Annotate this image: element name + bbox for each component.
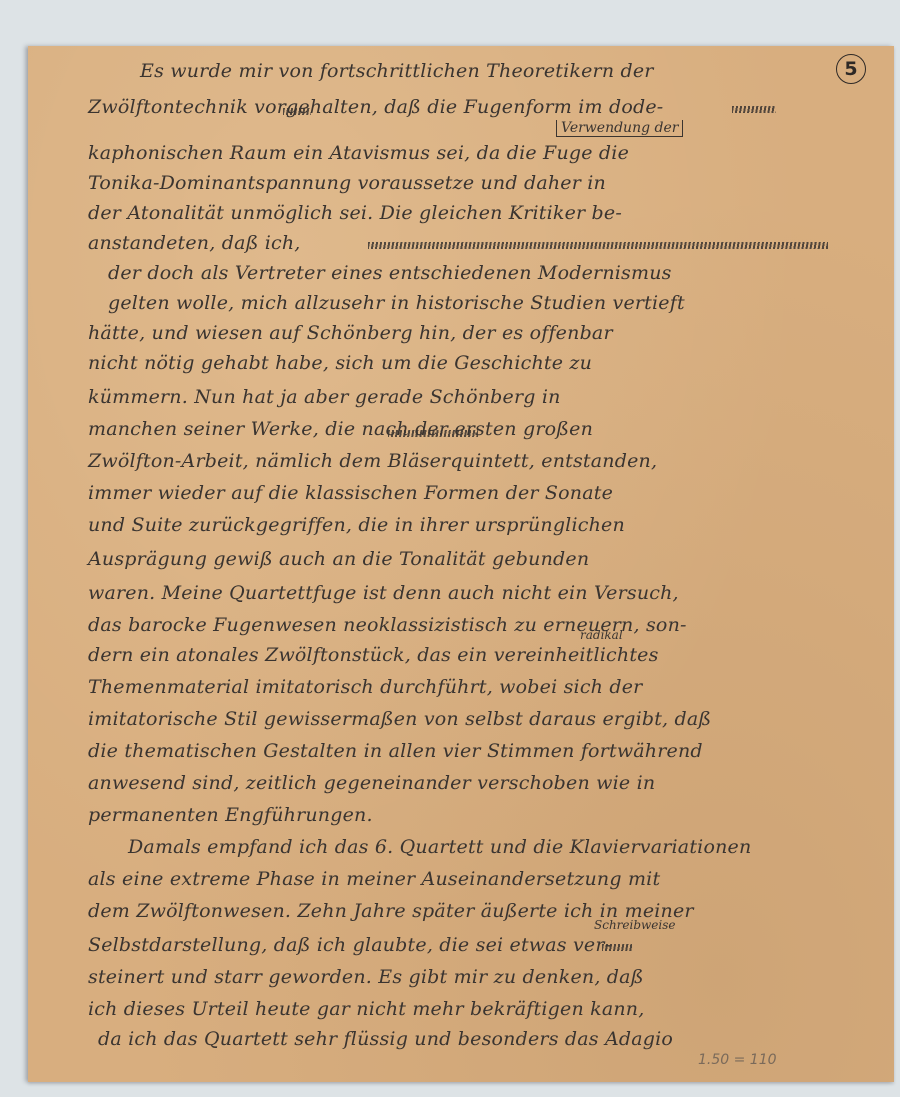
insertion-radikal: radikal — [580, 628, 623, 642]
text-line-26: als eine extreme Phase in meiner Auseina… — [88, 868, 660, 890]
text-line-29: steinert und starr geworden. Es gibt mir… — [88, 966, 644, 988]
insertion-schreibweise: Schreibweise — [594, 918, 676, 932]
text-line-5: der Atonalität unmöglich sei. Die gleich… — [88, 202, 622, 224]
text-line-1: Es wurde mir von fortschrittlichen Theor… — [140, 60, 654, 82]
pencil-note: 1.50 = 110 — [698, 1052, 777, 1068]
text-line-12: manchen seiner Werke, die nach der erste… — [88, 418, 593, 440]
text-line-28: Selbstdarstellung, daß ich glaubte, die … — [88, 934, 611, 956]
text-line-19: dern ein atonales Zwölftonstück, das ein… — [88, 644, 659, 666]
text-line-23: anwesend sind, zeitlich gegeneinander ve… — [88, 772, 655, 794]
strikethrough-mark — [602, 944, 632, 951]
text-line-15: und Suite zurückgegriffen, die in ihrer … — [88, 514, 625, 536]
text-line-25: Damals empfand ich das 6. Quartett und d… — [128, 836, 751, 858]
text-line-10: nicht nötig gehabt habe, sich um die Ges… — [88, 352, 592, 374]
text-line-21: imitatorische Stil gewissermaßen von sel… — [88, 708, 711, 730]
strikethrough-mark — [732, 106, 776, 113]
text-line-3: kaphonischen Raum ein Atavismus sei, da … — [88, 142, 629, 164]
text-line-7: der doch als Vertreter eines entschieden… — [108, 262, 672, 284]
insertion-verwendung-der: Verwendung der — [556, 120, 683, 137]
text-line-14: immer wieder auf die klassischen Formen … — [88, 482, 613, 504]
text-line-17: waren. Meine Quartettfuge ist denn auch … — [88, 582, 679, 604]
text-line-24: permanenten Engführungen. — [88, 804, 373, 826]
text-line-20: Themenmaterial imitatorisch durchführt, … — [88, 676, 642, 698]
text-line-31: da ich das Quartett sehr flüssig und bes… — [98, 1028, 673, 1050]
text-line-2: Zwölftontechnik vorgehalten, daß die Fug… — [88, 96, 663, 118]
text-line-11: kümmern. Nun hat ja aber gerade Schönber… — [88, 386, 561, 408]
text-line-8: gelten wolle, mich allzusehr in historis… — [108, 292, 685, 314]
text-line-16: Ausprägung gewiß auch an die Tonalität g… — [88, 548, 589, 570]
text-line-9: hätte, und wiesen auf Schönberg hin, der… — [88, 322, 613, 344]
manuscript-page: 5 Es wurde mir von fortschrittlichen The… — [28, 46, 894, 1082]
page-number: 5 — [836, 54, 866, 84]
strikethrough-mark — [388, 430, 478, 437]
text-line-30: ich dieses Urteil heute gar nicht mehr b… — [88, 998, 644, 1020]
text-line-13: Zwölfton-Arbeit, nämlich dem Bläserquint… — [88, 450, 657, 472]
text-line-22: die thematischen Gestalten in allen vier… — [88, 740, 703, 762]
strikethrough-mark — [368, 242, 828, 249]
strikethrough-mark — [283, 108, 311, 115]
text-line-4: Tonika-Dominantspannung voraussetze und … — [88, 172, 606, 194]
text-line-6: anstandeten, daß ich, — [88, 232, 301, 254]
